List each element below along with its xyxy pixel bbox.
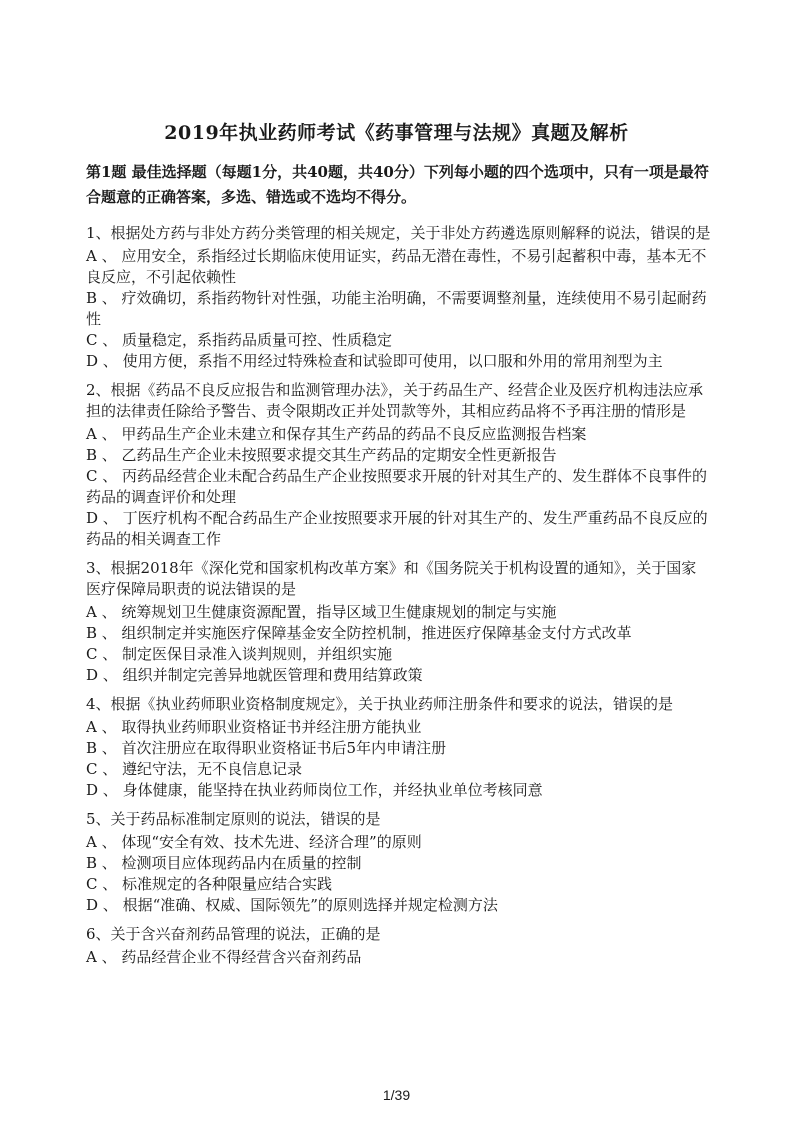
question-6: 6、关于含兴奋剂药品管理的说法，正确的是 A 、 药品经营企业不得经营含兴奋剂药… (86, 924, 711, 968)
question-stem: 3、根据2018年《深化党和国家机构改革方案》和《国务院关于机构设置的通知》，关… (86, 558, 711, 600)
question-4: 4、根据《执业药师职业资格制度规定》，关于执业药师注册条件和要求的说法，错误的是… (86, 694, 711, 801)
option-a: A 、 体现“安全有效、技术先进、经济合理”的原则 (86, 832, 711, 853)
option-a: A 、 甲药品生产企业未建立和保存其生产药品的药品不良反应监测报告档案 (86, 424, 711, 445)
question-stem: 5、关于药品标准制定原则的说法，错误的是 (86, 809, 711, 830)
option-d: D 、 丁医疗机构不配合药品生产企业按照要求开展的针对其生产的、发生严重药品不良… (86, 508, 711, 550)
question-2: 2、根据《药品不良反应报告和监测管理办法》，关于药品生产、经营企业及医疗机构违法… (86, 380, 711, 550)
option-d: D 、 组织并制定完善异地就医管理和费用结算政策 (86, 665, 711, 686)
option-c: C 、 标准规定的各种限量应结合实践 (86, 874, 711, 895)
question-1: 1、根据处方药与非处方药分类管理的相关规定，关于非处方药遴选原则解释的说法，错误… (86, 223, 711, 372)
option-c: C 、 质量稳定，系指药品质量可控、性质稳定 (86, 330, 711, 351)
option-a: A 、 统筹规划卫生健康资源配置，指导区域卫生健康规划的制定与实施 (86, 602, 711, 623)
option-b: B 、 乙药品生产企业未按照要求提交其生产药品的定期安全性更新报告 (86, 445, 711, 466)
question-3: 3、根据2018年《深化党和国家机构改革方案》和《国务院关于机构设置的通知》，关… (86, 558, 711, 686)
question-stem: 4、根据《执业药师职业资格制度规定》，关于执业药师注册条件和要求的说法，错误的是 (86, 694, 711, 715)
option-c: C 、 制定医保目录准入谈判规则，并组织实施 (86, 644, 711, 665)
option-a: A 、 应用安全，系指经过长期临床使用证实，药品无潜在毒性，不易引起蓄积中毒，基… (86, 246, 711, 288)
question-stem: 6、关于含兴奋剂药品管理的说法，正确的是 (86, 924, 711, 945)
option-b: B 、 首次注册应在取得职业资格证书后5年内申请注册 (86, 738, 711, 759)
question-list: 1、根据处方药与非处方药分类管理的相关规定，关于非处方药遴选原则解释的说法，错误… (86, 223, 711, 976)
option-b: B 、 疗效确切，系指药物针对性强，功能主治明确，不需要调整剂量，连续使用不易引… (86, 288, 711, 330)
question-stem: 2、根据《药品不良反应报告和监测管理办法》，关于药品生产、经营企业及医疗机构违法… (86, 380, 711, 422)
option-a: A 、 药品经营企业不得经营含兴奋剂药品 (86, 947, 711, 968)
question-5: 5、关于药品标准制定原则的说法，错误的是 A 、 体现“安全有效、技术先进、经济… (86, 809, 711, 916)
option-d: D 、 使用方便，系指不用经过特殊检查和试验即可使用，以口服和外用的常用剂型为主 (86, 351, 711, 372)
option-c: C 、 遵纪守法，无不良信息记录 (86, 759, 711, 780)
page-indicator: 1/39 (0, 1087, 793, 1103)
option-c: C 、 丙药品经营企业未配合药品生产企业按照要求开展的针对其生产的、发生群体不良… (86, 466, 711, 508)
option-b: B 、 组织制定并实施医疗保障基金安全防控机制，推进医疗保障基金支付方式改革 (86, 623, 711, 644)
document-page: 2019年执业药师考试《药事管理与法规》真题及解析 第1题 最佳选择题（每题1分… (0, 0, 793, 1122)
option-b: B 、 检测项目应体现药品内在质量的控制 (86, 853, 711, 874)
question-stem: 1、根据处方药与非处方药分类管理的相关规定，关于非处方药遴选原则解释的说法，错误… (86, 223, 711, 244)
option-a: A 、 取得执业药师职业资格证书并经注册方能执业 (86, 717, 711, 738)
option-d: D 、 根据“准确、权威、国际领先”的原则选择并规定检测方法 (86, 895, 711, 916)
document-title: 2019年执业药师考试《药事管理与法规》真题及解析 (0, 118, 793, 145)
option-d: D 、 身体健康，能坚持在执业药师岗位工作，并经执业单位考核同意 (86, 780, 711, 801)
section-intro: 第1题 最佳选择题（每题1分，共40题，共40分）下列每小题的四个选项中，只有一… (86, 160, 711, 210)
